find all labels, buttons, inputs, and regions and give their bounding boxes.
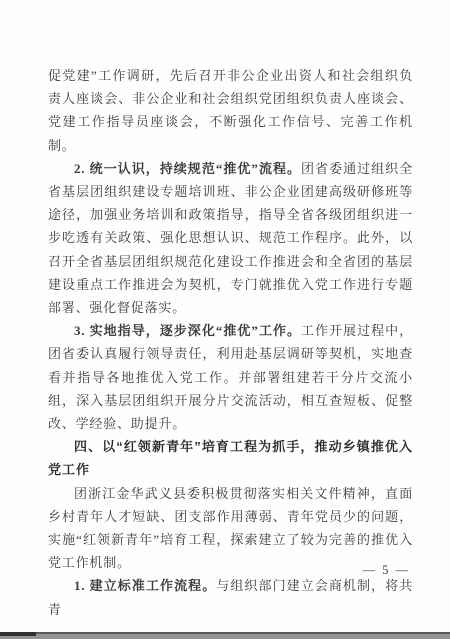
paragraph-item-2: 2. 统一认识，持续规范“推优”流程。团省委通过组织全省基层团组织建设专题培训班… [48, 157, 413, 319]
item-2-lead: 2. 统一认识，持续规范“推优”流程。 [74, 161, 301, 176]
scan-edge-band [0, 634, 450, 639]
item-1-lead: 1. 建立标准工作流程。 [74, 578, 216, 593]
text-content: 促党建”工作调研，先后召开非公企业出资人和社会组织负责人座谈会、非公企业和社会组… [48, 64, 413, 621]
paragraph-body: 团浙江金华武义县委积极贯彻落实相关文件精神，直面乡村青年人才短缺、团支部作用薄弱… [48, 482, 413, 575]
item-3-text: 工作开展过程中，团省委认真履行领导责任，利用赴基层调研等契机，实地查看并指导各地… [48, 323, 413, 431]
paragraph-item-3: 3. 实地指导，逐步深化“推优”工作。工作开展过程中，团省委认真履行领导责任，利… [48, 319, 413, 435]
scan-edge-corner [0, 632, 36, 636]
page-number: — 5 — [357, 563, 411, 578]
section-heading: 四、以“红领新青年”培育工程为抓手，推动乡镇推优入党工作 [48, 435, 413, 481]
document-page: 促党建”工作调研，先后召开非公企业出资人和社会组织负责人座谈会、非公企业和社会组… [0, 0, 450, 639]
paragraph-item-1: 1. 建立标准工作流程。与组织部门建立会商机制，将共青 [48, 574, 413, 620]
scan-edge-line [0, 632, 450, 634]
scan-page-bottom-edge [0, 630, 450, 639]
paragraph-continuation: 促党建”工作调研，先后召开非公企业出资人和社会组织负责人座谈会、非公企业和社会组… [48, 64, 413, 157]
item-2-text: 团省委通过组织全省基层团组织建设专题培训班、非公企业团建高级研修班等途径，加强业… [48, 161, 413, 315]
item-3-lead: 3. 实地指导，逐步深化“推优”工作。 [74, 323, 301, 338]
